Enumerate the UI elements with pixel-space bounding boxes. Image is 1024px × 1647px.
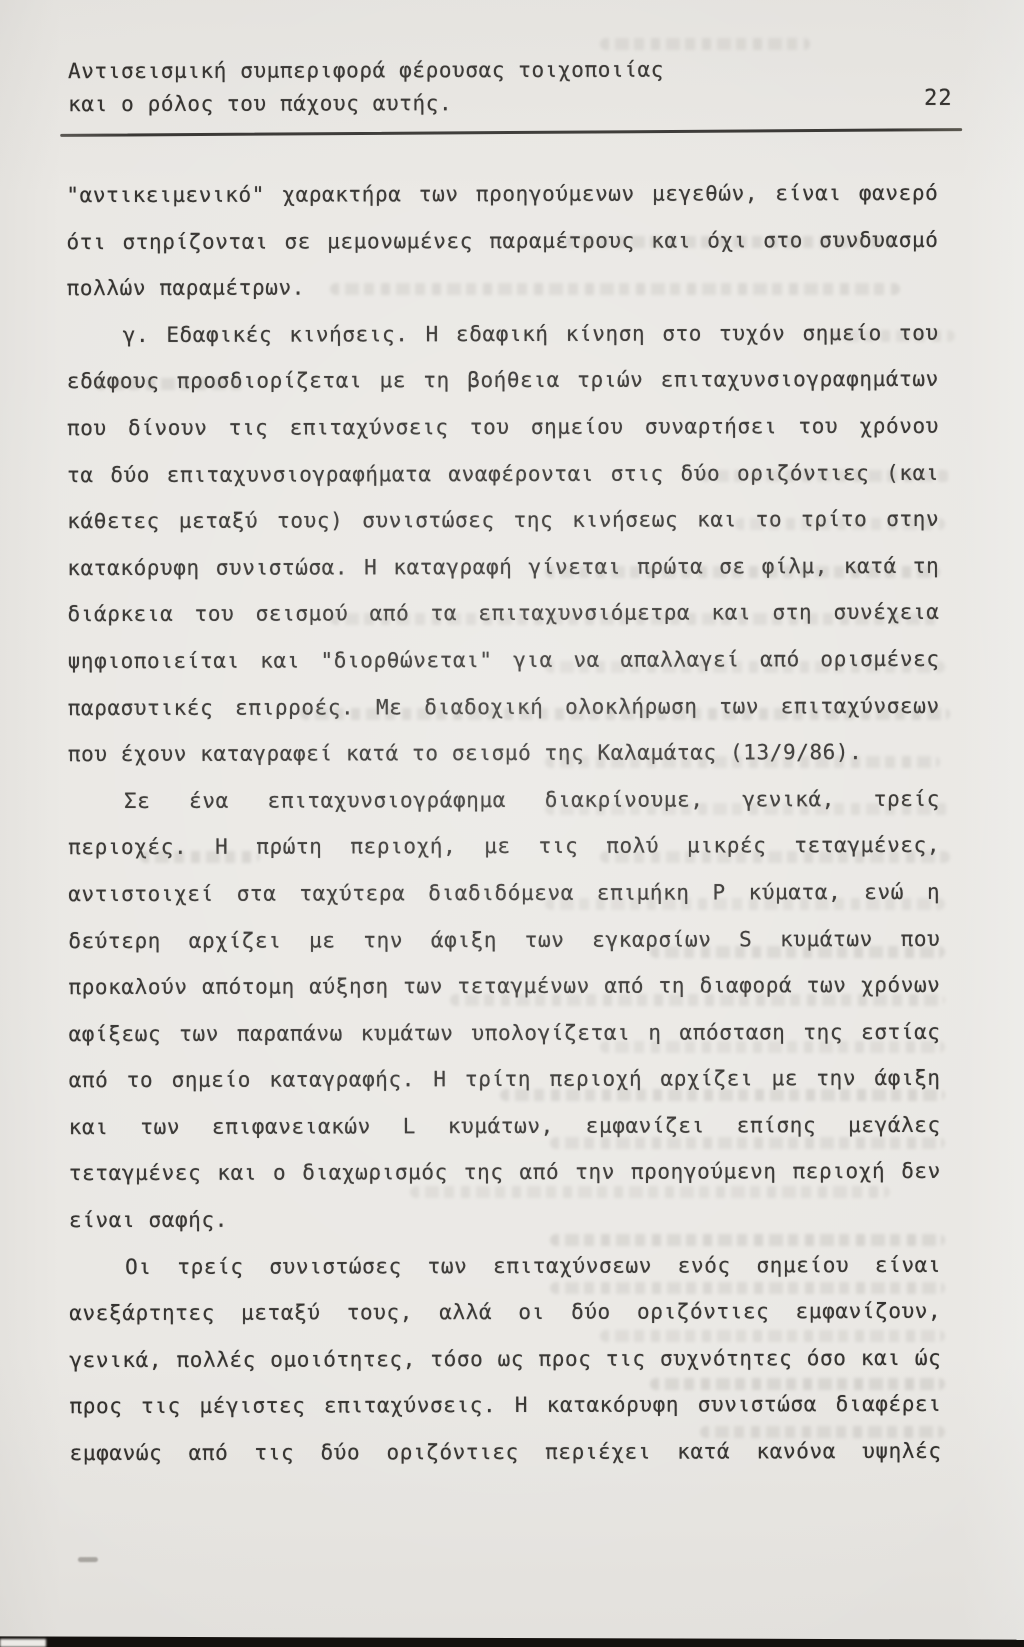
bleedthrough-artifact — [450, 994, 945, 1006]
bleedthrough-artifact — [550, 1137, 945, 1149]
bleedthrough-artifact — [600, 1041, 945, 1053]
bleedthrough-artifact — [545, 566, 940, 578]
bleedthrough-artifact — [140, 851, 260, 863]
text-line: Σε ένα επιταχυνσιογράφημα διακρίνουμε, γ… — [68, 776, 940, 825]
bleedthrough-artifact — [650, 946, 945, 958]
bleedthrough-artifact — [650, 1378, 945, 1390]
bleedthrough-artifact — [545, 898, 945, 910]
bleedthrough-artifact — [830, 330, 955, 342]
bleedthrough-artifact — [600, 1330, 945, 1342]
text-line: γ. Εδαφικές κινήσεις. Η εδαφική κίνηση σ… — [67, 310, 939, 359]
header-title-line2: και ο ρόλος του πάχους αυτής. — [68, 87, 664, 122]
bleedthrough-artifact — [95, 378, 245, 390]
bleedthrough-artifact — [700, 470, 950, 482]
text-line: γενικά, πολλές ομοιότητες, τόσο ως προς … — [69, 1335, 941, 1384]
body-text: "αντικειμενικό" χαρακτήρα των προηγούμεν… — [66, 170, 941, 1477]
text-line: που έχουν καταγραφεί κατά το σεισμό της … — [68, 729, 940, 778]
text-line: "αντικειμενικό" χαρακτήρα των προηγούμεν… — [66, 170, 938, 219]
bleedthrough-artifact — [330, 613, 940, 625]
bleedthrough-artifact — [550, 1282, 945, 1294]
text-line: αντιστοιχεί στα ταχύτερα διαδιδόμενα επι… — [68, 869, 940, 918]
text-line: που δίνουν τις επιταχύνσεις του σημείου … — [67, 403, 939, 452]
bleedthrough-artifact — [410, 1186, 890, 1198]
text-line: παρασυτικές επιρροές. Με διαδοχική ολοκλ… — [68, 682, 940, 731]
bleedthrough-artifact — [330, 283, 900, 295]
header-divider-line — [60, 128, 962, 137]
ink-smudge-artifact — [78, 1557, 98, 1562]
bleedthrough-artifact — [600, 38, 810, 50]
header-title-line1: Αντισεισμική συμπεριφορά φέρουσας τοιχοπ… — [68, 54, 664, 89]
bleedthrough-artifact — [700, 1426, 945, 1438]
running-header: Αντισεισμική συμπεριφορά φέρουσας τοιχοπ… — [68, 54, 664, 122]
bleedthrough-artifact — [565, 236, 895, 248]
bleedthrough-artifact — [545, 756, 940, 768]
scan-edge-gap — [0, 1639, 46, 1647]
bleedthrough-artifact — [545, 803, 950, 815]
bleedthrough-artifact — [300, 708, 950, 720]
bleedthrough-artifact — [500, 1089, 945, 1101]
bleedthrough-artifact — [545, 661, 945, 673]
bleedthrough-artifact — [600, 851, 950, 863]
text-line: περιοχές. Η πρώτη περιοχή, με τις πολύ μ… — [68, 822, 940, 871]
bleedthrough-artifact — [550, 1234, 945, 1246]
bleedthrough-artifact — [735, 518, 945, 530]
page-number: 22 — [924, 86, 953, 111]
